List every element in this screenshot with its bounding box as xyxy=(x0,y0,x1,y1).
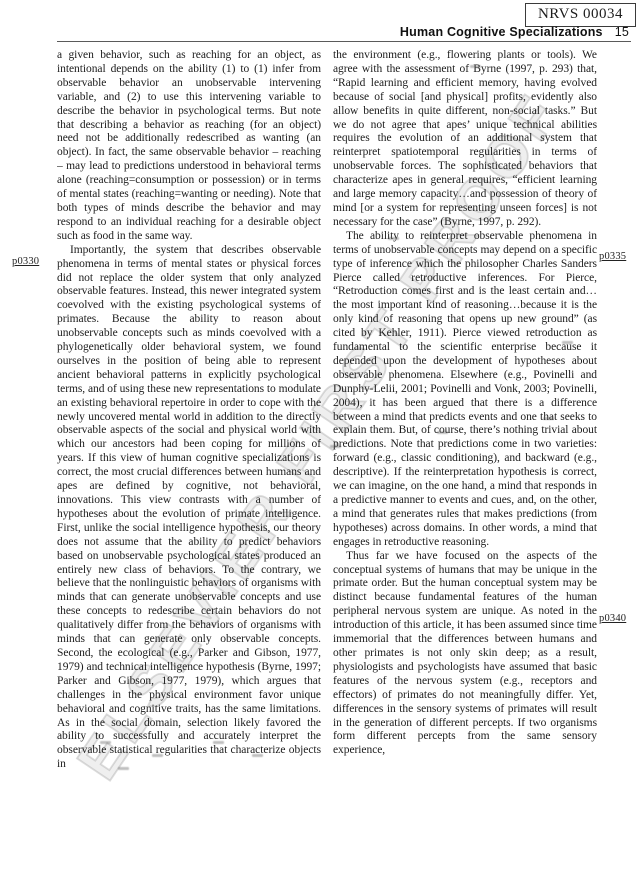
running-head-title: Human Cognitive Specializations xyxy=(400,25,603,39)
page-number: 15 xyxy=(615,25,629,39)
margin-label-p0335: p0335 xyxy=(599,251,626,262)
paragraph-continuation: a given behavior, such as reaching for a… xyxy=(57,49,321,244)
left-column: a given behavior, such as reaching for a… xyxy=(57,49,321,859)
citation-ref-mark xyxy=(543,417,554,420)
margin-label-p0330: p0330 xyxy=(12,256,39,267)
citation-ref-mark xyxy=(388,237,399,240)
paragraph-p0330: Importantly, the system that describes o… xyxy=(57,244,321,772)
citation-ref-mark xyxy=(100,741,111,744)
text-columns: a given behavior, such as reaching for a… xyxy=(57,49,597,859)
running-head: Human Cognitive Specializations15 xyxy=(400,25,629,39)
citation-ref-mark xyxy=(562,341,573,344)
citation-ref-mark xyxy=(152,754,163,757)
proof-id-text: NRVS 00034 xyxy=(538,6,623,22)
paragraph-p0330-continued: the environment (e.g., flowering plants … xyxy=(333,49,597,230)
proof-page: ELSEVIER FIRST PROOF NRVS 00034 Human Co… xyxy=(0,0,638,871)
citation-ref-mark xyxy=(437,431,448,434)
right-column: the environment (e.g., flowering plants … xyxy=(333,49,597,859)
citation-ref-mark xyxy=(470,65,481,68)
margin-label-p0340: p0340 xyxy=(599,613,626,624)
citation-ref-mark xyxy=(252,754,263,757)
paragraph-p0335: The ability to reinterpret observable ph… xyxy=(333,230,597,550)
citation-ref-mark xyxy=(330,445,341,448)
citation-ref-mark xyxy=(118,767,129,770)
header-rule xyxy=(57,41,631,42)
paragraph-p0340: Thus far we have focused on the aspects … xyxy=(333,550,597,759)
proof-id-box: NRVS 00034 xyxy=(525,3,636,27)
citation-ref-mark xyxy=(213,741,224,744)
